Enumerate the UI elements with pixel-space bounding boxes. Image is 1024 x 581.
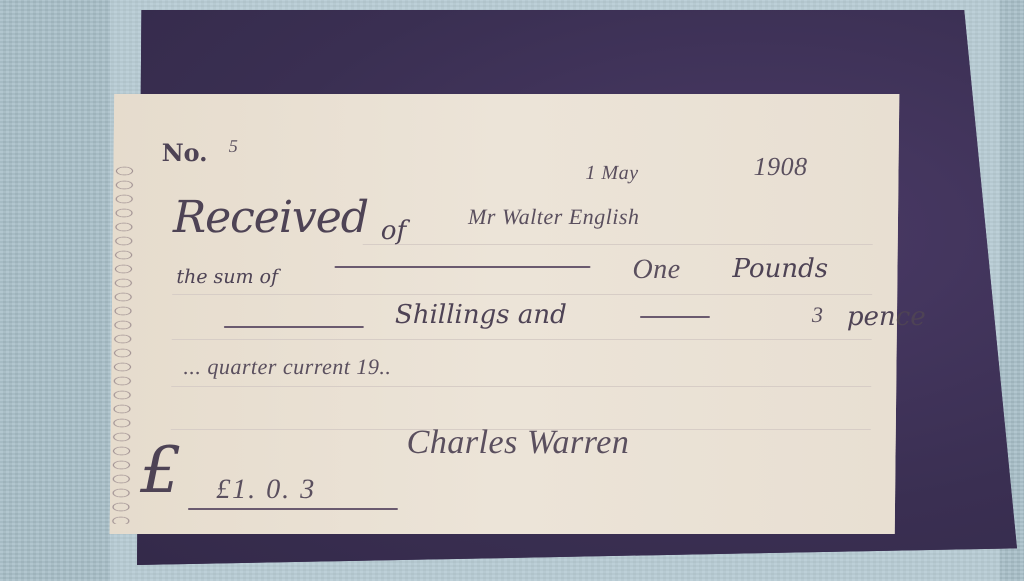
- shillings-dash-line: [224, 326, 364, 328]
- receipt-number-value: 5: [229, 136, 239, 157]
- received-heading: Received: [173, 192, 369, 243]
- payer-name: Mr Walter English: [468, 204, 640, 230]
- shillings-label: Shillings and: [395, 300, 567, 330]
- pence-amount: 3: [812, 302, 824, 328]
- ruled-line: [171, 386, 871, 387]
- pence-dash-line: [640, 316, 710, 318]
- blank-dash-line: [334, 266, 590, 268]
- pounds-amount: One: [632, 254, 680, 286]
- total-amount: £1. 0. 3: [216, 474, 316, 506]
- receipt-year: 1908: [753, 152, 807, 182]
- total-underline: [188, 508, 398, 510]
- ruled-line: [363, 244, 873, 245]
- pounds-label: Pounds: [732, 254, 828, 284]
- received-of-label: of: [381, 216, 407, 246]
- pence-label: pence: [847, 302, 926, 332]
- receipt-document: No. 5 1 May 1908 Received of Mr Walter E…: [110, 94, 900, 534]
- signature: Charles Warren: [406, 424, 629, 462]
- ruled-line: [172, 294, 872, 295]
- sum-of-label: the sum of: [176, 266, 278, 288]
- receipt-date: 1 May: [585, 162, 638, 185]
- receipt-number-label: No.: [162, 138, 208, 167]
- ruled-line: [172, 339, 872, 340]
- memo-line: ... quarter current 19..: [183, 354, 391, 380]
- pound-symbol: £: [140, 434, 181, 508]
